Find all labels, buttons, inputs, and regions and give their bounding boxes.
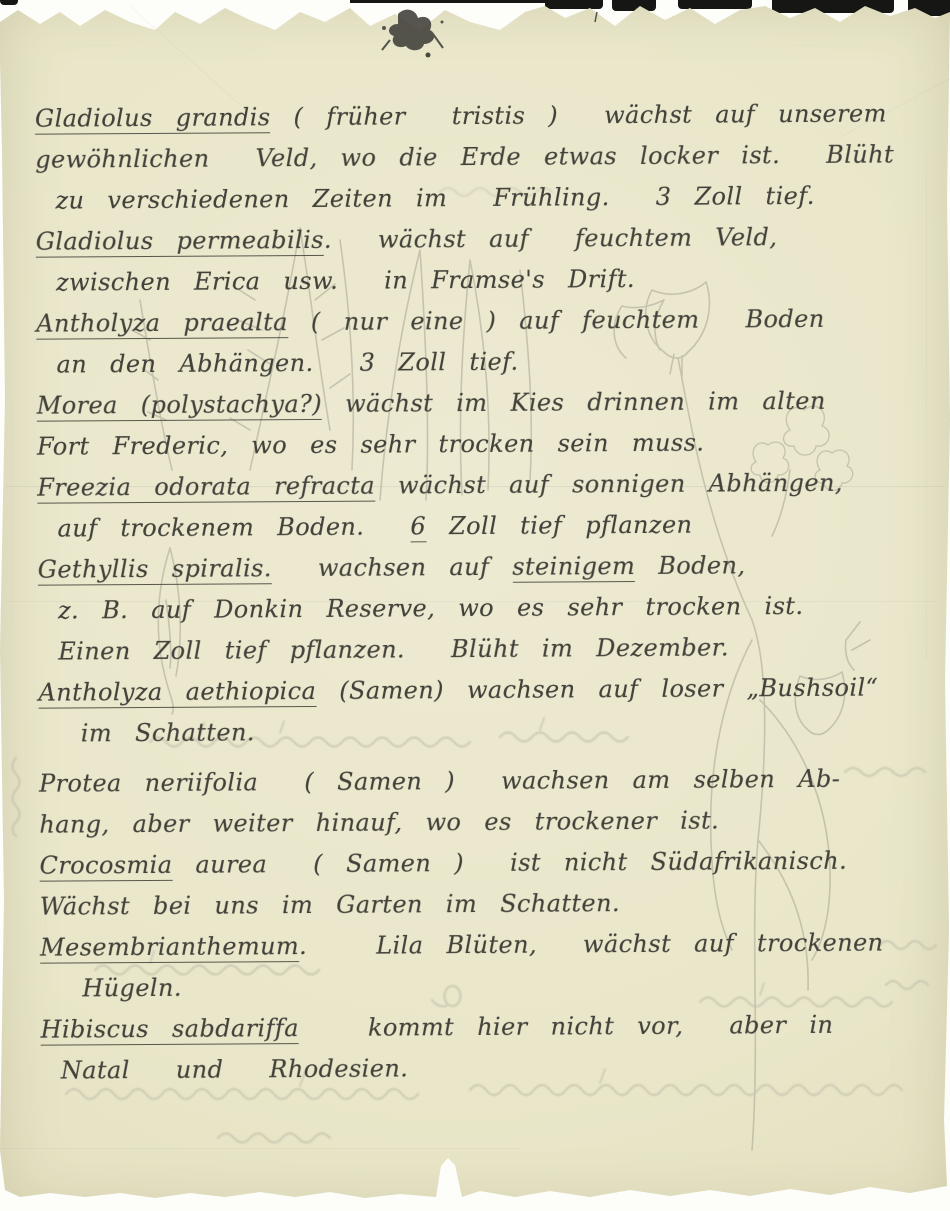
handwriting-line: gewöhnlichen Veld, wo die Erde etwas loc… [35, 134, 933, 180]
handwriting-text: auf trockenem Boden. [57, 512, 410, 542]
underlined-phrase: Antholyza praealta [36, 308, 288, 340]
handwriting-text: aurea ( Samen ) ist nicht Südafrikanisch… [172, 847, 847, 879]
handwriting-line: Morea (polystachya?) wächst im Kies drin… [37, 380, 935, 426]
underlined-phrase: Hibiscus sabdariffa [40, 1014, 298, 1046]
handwriting-line: im Schatten. [39, 708, 937, 754]
handwriting-line: Antholyza aethiopica (Samen) wachsen auf… [38, 667, 936, 713]
handwriting-text: zu verschiedenen Zeiten im Frühling. 3 Z… [55, 182, 814, 215]
handwriting-text: wachsen auf [272, 553, 513, 582]
handwriting-text: gewöhnlichen Veld, wo die Erde etwas loc… [35, 140, 894, 173]
underlined-phrase: Gladiolus permeabilis [36, 226, 324, 258]
handwriting-text: kommt hier nicht vor, aber in [299, 1011, 834, 1042]
handwriting-text: . Lila Blüten, wächst auf trockenen [299, 929, 884, 961]
handwriting-text: ( früher tristis ) wächst auf unserem [270, 99, 886, 131]
handwriting-text: im Schatten. [81, 718, 255, 747]
handwriting-line: Gladiolus permeabilis. wächst auf feucht… [36, 216, 934, 262]
handwriting-text: ( nur eine ) auf feuchtem Boden [288, 305, 825, 336]
handwriting-line: Gladiolus grandis ( früher tristis ) wäc… [35, 93, 933, 139]
scanned-page: Gladiolus grandis ( früher tristis ) wäc… [0, 0, 950, 1211]
handwriting-text: Hügeln. [82, 974, 182, 1003]
underlined-phrase: 6 [410, 512, 426, 542]
handwriting-line: Mesembrianthemum. Lila Blüten, wächst au… [40, 922, 938, 968]
handwriting-text: Wächst bei uns im Garten im Schatten. [40, 889, 620, 921]
handwriting-line: auf trockenem Boden. 6 Zoll tief pflanze… [37, 503, 935, 549]
underlined-phrase: Gethyllis spiralis. [38, 554, 272, 585]
handwriting-text: wächst auf sonnigen Abhängen, [375, 469, 843, 500]
handwriting-line: Hügeln. [40, 963, 938, 1009]
handwriting-line: Wächst bei uns im Garten im Schatten. [40, 881, 938, 927]
handwriting-line: Gethyllis spiralis. wachsen auf steinige… [38, 544, 936, 590]
handwriting-line: Protea neriifolia ( Samen ) wachsen am s… [39, 758, 937, 804]
handwriting-line: Antholyza praealta ( nur eine ) auf feuc… [36, 298, 934, 344]
handwriting-line: Freezia odorata refracta wächst auf sonn… [37, 462, 935, 508]
underlined-phrase: steinigem [512, 552, 635, 583]
handwriting-text: wächst im Kies drinnen im alten [322, 387, 826, 418]
underlined-phrase: Antholyza aethiopica [38, 677, 316, 709]
handwriting-line: hang, aber weiter hinauf, wo es trockene… [39, 799, 937, 845]
handwriting-line: z. B. auf Donkin Reserve, wo es sehr tro… [38, 585, 936, 631]
handwriting-text: zwischen Erica usw. in Framse's Drift. [56, 265, 635, 297]
handwriting-text: (Samen) wachsen auf loser „Bushsoil“ [316, 674, 878, 705]
handwriting-text: Boden, [635, 551, 745, 580]
underlined-phrase: Freezia odorata refracta [37, 472, 375, 504]
handwriting-line: Crocosmia aurea ( Samen ) ist nicht Süda… [39, 840, 937, 886]
handwriting-line: zwischen Erica usw. in Framse's Drift. [36, 257, 934, 303]
handwriting-line: Fort Frederic, wo es sehr trocken sein m… [37, 421, 935, 467]
handwriting-line: Natal und Rhodesien. [41, 1045, 939, 1091]
handwriting-text: Protea neriifolia ( Samen ) wachsen am s… [39, 765, 840, 798]
handwriting-text: Einen Zoll tief pflanzen. Blüht im Dezem… [58, 633, 729, 665]
underlined-phrase: Morea (polystachya?) [37, 390, 322, 422]
handwriting-text: Zoll tief pflanzen [426, 511, 693, 541]
underlined-phrase: Mesembrianthemum [40, 932, 299, 964]
handwriting-text: an den Abhängen. 3 Zoll tief. [56, 348, 518, 379]
underlined-phrase: Gladiolus grandis [35, 103, 271, 134]
handwriting-line: Hibiscus sabdariffa kommt hier nicht vor… [40, 1004, 938, 1050]
handwriting-text-block: Gladiolus grandis ( früher tristis ) wäc… [0, 0, 950, 1211]
handwriting-line: an den Abhängen. 3 Zoll tief. [36, 339, 934, 385]
handwriting-text: hang, aber weiter hinauf, wo es trockene… [39, 807, 719, 839]
handwriting-text: Fort Frederic, wo es sehr trocken sein m… [37, 429, 704, 461]
handwriting-text: . wächst auf feuchtem Veld, [324, 223, 778, 254]
handwriting-line: Einen Zoll tief pflanzen. Blüht im Dezem… [38, 626, 936, 672]
handwriting-text: z. B. auf Donkin Reserve, wo es sehr tro… [58, 592, 804, 625]
handwriting-text: Natal und Rhodesien. [61, 1054, 409, 1084]
handwriting-line: zu verschiedenen Zeiten im Frühling. 3 Z… [35, 175, 933, 221]
underlined-phrase: Crocosmia [39, 851, 172, 882]
